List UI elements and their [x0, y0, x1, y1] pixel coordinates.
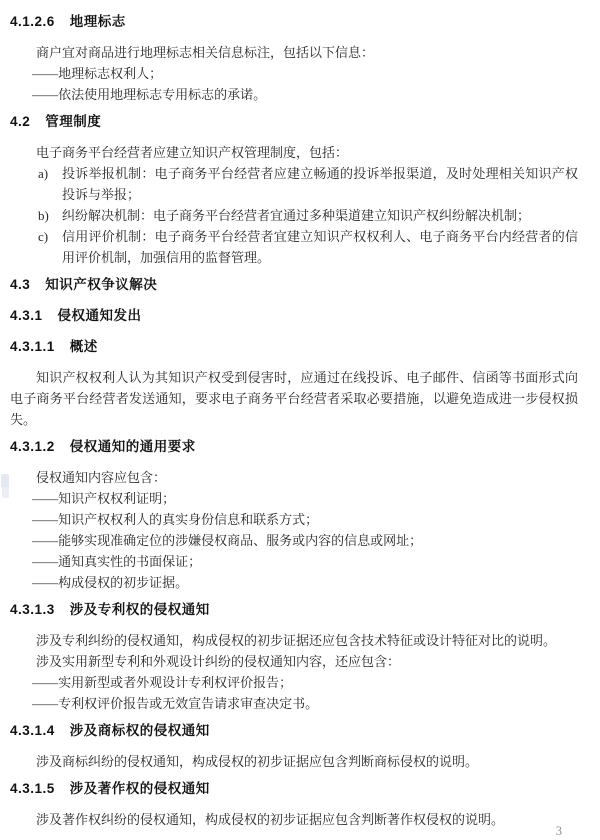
heading-4-3-1-2: 4.3.1.2侵权通知的通用要求 — [10, 436, 578, 457]
list-item-text: 纠纷解决机制：电子商务平台经营者宜通过多种渠道建立知识产权纠纷解决机制； — [62, 208, 530, 223]
dash-list-item: ——知识产权权利证明； — [10, 488, 578, 509]
scan-artifact-blob — [2, 487, 9, 498]
section-title: 概述 — [70, 339, 98, 354]
dash-list-item: ——知识产权权利人的真实身份信息和联系方式； — [10, 509, 578, 530]
scan-artifact — [1, 474, 10, 498]
list-item-text: 信用评价机制：电子商务平台经营者宜建立知识产权权利人、电子商务平台内经营者的信用… — [62, 229, 578, 265]
dash-list-item: ——能够实现准确定位的涉嫌侵权商品、服务或内容的信息或网址； — [10, 530, 578, 551]
scan-artifact-blob — [1, 474, 9, 488]
heading-4-3-1-3: 4.3.1.3涉及专利权的侵权通知 — [10, 599, 578, 620]
dash-list-item: ——依法使用地理标志专用标志的承诺。 — [10, 84, 578, 105]
dash-list-item: ——构成侵权的初步证据。 — [10, 572, 578, 593]
document-page: 4.1.2.6地理标志 商户宜对商品进行地理标志相关信息标注，包括以下信息： —… — [0, 0, 600, 840]
heading-4-3-1-5: 4.3.1.5涉及著作权的侵权通知 — [10, 778, 578, 799]
lettered-list-item: c)信用评价机制：电子商务平台经营者宜建立知识产权权利人、电子商务平台内经营者的… — [10, 226, 578, 268]
list-marker: a) — [38, 163, 48, 184]
section-title: 侵权通知的通用要求 — [70, 439, 196, 454]
paragraph: 涉及商标纠纷的侵权通知，构成侵权的初步证据应包含判断商标侵权的说明。 — [10, 751, 578, 772]
dash-list-item: ——通知真实性的书面保证； — [10, 551, 578, 572]
list-marker: c) — [38, 226, 48, 247]
dash-list-item: ——地理标志权利人； — [10, 63, 578, 84]
page-number: 3 — [556, 821, 562, 840]
section-number: 4.3 — [10, 277, 30, 292]
heading-4-3-1-1: 4.3.1.1概述 — [10, 336, 578, 357]
section-number: 4.3.1.2 — [10, 439, 55, 454]
paragraph: 侵权通知内容应包含： — [10, 467, 578, 488]
section-title: 涉及著作权的侵权通知 — [70, 781, 210, 796]
heading-4-2: 4.2管理制度 — [10, 111, 578, 132]
section-number: 4.3.1.1 — [10, 339, 55, 354]
list-marker: b) — [38, 205, 49, 226]
section-number: 4.2 — [10, 114, 30, 129]
section-title: 侵权通知发出 — [58, 308, 142, 323]
paragraph: 知识产权权利人认为其知识产权受到侵害时，应通过在线投诉、电子邮件、信函等书面形式… — [10, 367, 578, 430]
section-number: 4.1.2.6 — [10, 14, 55, 29]
section-title: 管理制度 — [45, 114, 101, 129]
section-title: 涉及专利权的侵权通知 — [70, 602, 210, 617]
section-number: 4.3.1.4 — [10, 723, 55, 738]
lettered-list-item: b)纠纷解决机制：电子商务平台经营者宜通过多种渠道建立知识产权纠纷解决机制； — [10, 205, 578, 226]
paragraph: 涉及实用新型专利和外观设计纠纷的侵权通知内容，还应包含： — [10, 651, 578, 672]
paragraph: 电子商务平台经营者应建立知识产权管理制度，包括： — [10, 142, 578, 163]
lettered-list-item: a)投诉举报机制：电子商务平台经营者应建立畅通的投诉举报渠道，及时处理相关知识产… — [10, 163, 578, 205]
section-number: 4.3.1 — [10, 308, 43, 323]
section-title: 涉及商标权的侵权通知 — [70, 723, 210, 738]
heading-4-1-2-6: 4.1.2.6地理标志 — [10, 11, 578, 32]
list-item-text: 投诉举报机制：电子商务平台经营者应建立畅通的投诉举报渠道，及时处理相关知识产权投… — [62, 166, 578, 202]
heading-4-3: 4.3知识产权争议解决 — [10, 274, 578, 295]
paragraph: 涉及著作权纠纷的侵权通知，构成侵权的初步证据应包含判断著作权侵权的说明。 — [10, 809, 578, 830]
section-title: 地理标志 — [70, 14, 126, 29]
heading-4-3-1-4: 4.3.1.4涉及商标权的侵权通知 — [10, 720, 578, 741]
paragraph: 涉及专利纠纷的侵权通知，构成侵权的初步证据还应包含技术特征或设计特征对比的说明。 — [10, 630, 578, 651]
section-title: 知识产权争议解决 — [45, 277, 157, 292]
dash-list-item: ——专利权评价报告或无效宣告请求审查决定书。 — [10, 693, 578, 714]
heading-4-3-1: 4.3.1侵权通知发出 — [10, 305, 578, 326]
dash-list-item: ——实用新型或者外观设计专利权评价报告； — [10, 672, 578, 693]
section-number: 4.3.1.5 — [10, 781, 55, 796]
paragraph: 商户宜对商品进行地理标志相关信息标注，包括以下信息： — [10, 42, 578, 63]
section-number: 4.3.1.3 — [10, 602, 55, 617]
